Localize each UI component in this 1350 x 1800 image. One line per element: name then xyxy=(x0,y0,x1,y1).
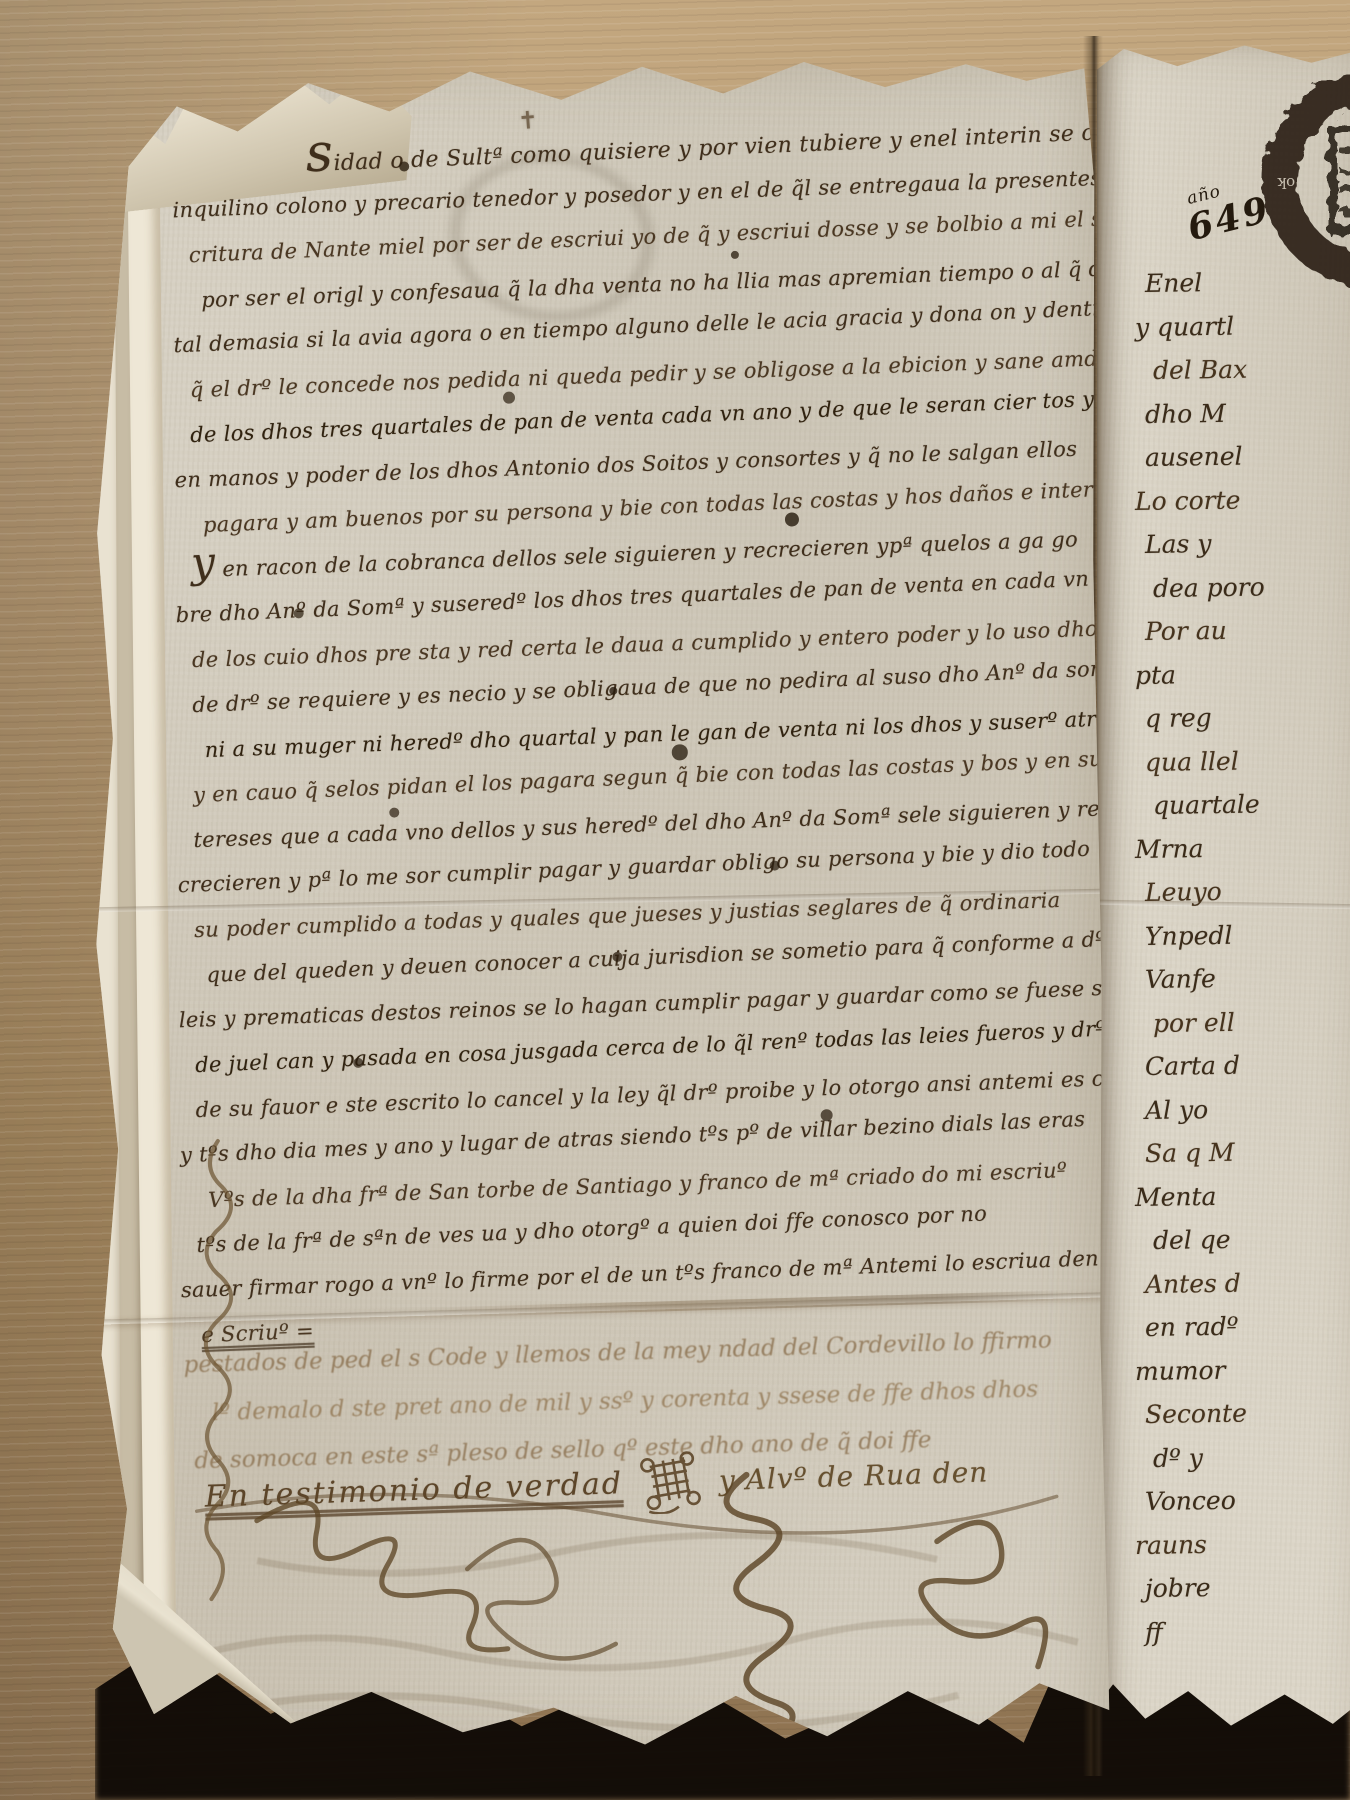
manuscript-line-fragment: pta xyxy=(1135,650,1350,697)
manuscript-line-fragment: jobre xyxy=(1145,1564,1350,1611)
manuscript-photograph: ʞo año 649 Enely quartldel Baxdho Mausen… xyxy=(0,0,1350,1800)
manuscript-line-fragment: Seconte xyxy=(1145,1390,1350,1437)
manuscript-line-fragment: Sa q M xyxy=(1145,1129,1350,1176)
manuscript-line-fragment: Enel xyxy=(1145,259,1350,306)
manuscript-line-fragment: Menta xyxy=(1135,1172,1350,1219)
main-page: ✝ sidad o de Sultª como quisiere y por v… xyxy=(85,46,1110,1766)
manuscript-line-fragment: dº y xyxy=(1153,1433,1350,1480)
right-page-text: Enely quartldel Baxdho MausenelLo corteL… xyxy=(1145,262,1350,1654)
manuscript-line-fragment: del Bax xyxy=(1153,346,1350,393)
manuscript-line-fragment: en radº xyxy=(1145,1303,1350,1350)
right-page: ʞo año 649 Enely quartldel Baxdho Mausen… xyxy=(1097,42,1350,1767)
manuscript-line-fragment: q reg xyxy=(1145,694,1350,741)
invocation-cross-mark: ✝ xyxy=(517,106,539,135)
manuscript-line-fragment: dea poro xyxy=(1153,563,1350,610)
manuscript-line-fragment: Vonceo xyxy=(1145,1477,1350,1524)
manuscript-line-fragment: rauns xyxy=(1135,1520,1350,1567)
manuscript-line-fragment: Al yo xyxy=(1145,1085,1350,1132)
manuscript-line-fragment: Las y xyxy=(1145,520,1350,567)
manuscript-line-fragment: mumor xyxy=(1135,1346,1350,1393)
manuscript-line-fragment: quartale xyxy=(1153,781,1350,828)
manuscript-line-fragment: por ell xyxy=(1153,998,1350,1045)
manuscript-line-fragment: Carta d xyxy=(1145,1042,1350,1089)
manuscript-line-fragment: qua llel xyxy=(1145,737,1350,784)
manuscript-line-fragment: y quartl xyxy=(1135,302,1350,349)
manuscript-line-fragment: ff xyxy=(1145,1607,1350,1654)
manuscript-line-fragment: Vanfe xyxy=(1145,955,1350,1002)
manuscript-line-fragment: ausenel xyxy=(1145,433,1350,480)
manuscript-line-fragment: del qe xyxy=(1153,1216,1350,1263)
manuscript-line-fragment: Lo corte xyxy=(1135,476,1350,523)
manuscript-line-fragment: Antes d xyxy=(1145,1259,1350,1306)
manuscript-line-fragment: Mrna xyxy=(1135,824,1350,871)
manuscript-text-block: sidad o de Sultª como quisiere y por vie… xyxy=(188,136,1094,1358)
manuscript-line-fragment: Por au xyxy=(1145,607,1350,654)
manuscript-line-fragment: Leuyo xyxy=(1145,868,1350,915)
svg-text:ʞo: ʞo xyxy=(1277,172,1295,190)
manuscript-line-fragment: dho M xyxy=(1145,389,1350,436)
signature-flourishes xyxy=(136,1444,1118,1752)
manuscript-line-fragment: Ynpedl xyxy=(1145,911,1350,958)
